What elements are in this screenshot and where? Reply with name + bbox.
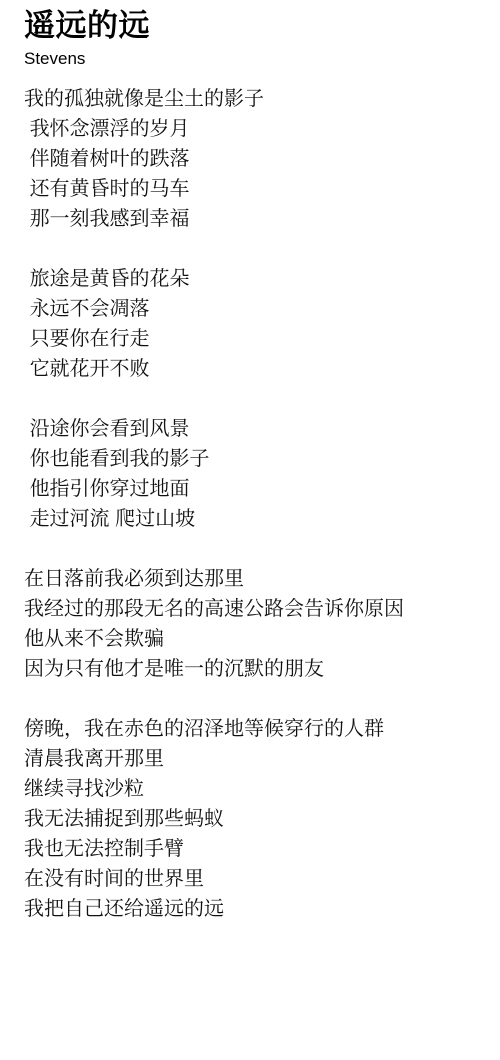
lyric-line: 因为只有他才是唯一的沉默的朋友	[24, 654, 480, 684]
lyric-line: 伴随着树叶的跌落	[24, 144, 480, 174]
lyric-line: 还有黄昏时的马车	[24, 174, 480, 204]
lyric-line: 继续寻找沙粒	[24, 774, 480, 804]
artist-name: Stevens	[24, 48, 480, 70]
lyric-line: 他指引你穿过地面	[24, 474, 480, 504]
stanza-4: 在日落前我必须到达那里 我经过的那段无名的高速公路会告诉你原因 他从来不会欺骗 …	[24, 564, 480, 684]
lyric-line: 永远不会凋落	[24, 294, 480, 324]
stanza-3: 沿途你会看到风景 你也能看到我的影子 他指引你穿过地面 走过河流 爬过山坡	[24, 414, 480, 534]
lyric-line: 走过河流 爬过山坡	[24, 504, 480, 534]
lyric-line: 在日落前我必须到达那里	[24, 564, 480, 594]
lyrics-body: 我的孤独就像是尘土的影子 我怀念漂浮的岁月 伴随着树叶的跌落 还有黄昏时的马车 …	[24, 84, 480, 924]
stanza-1: 我的孤独就像是尘土的影子 我怀念漂浮的岁月 伴随着树叶的跌落 还有黄昏时的马车 …	[24, 84, 480, 234]
lyric-line: 那一刻我感到幸福	[24, 204, 480, 234]
lyric-line: 他从来不会欺骗	[24, 624, 480, 654]
lyric-line: 沿途你会看到风景	[24, 414, 480, 444]
lyric-line: 我把自己还给遥远的远	[24, 894, 480, 924]
lyric-line: 我经过的那段无名的高速公路会告诉你原因	[24, 594, 480, 624]
lyrics-page: 遥远的远 Stevens 我的孤独就像是尘土的影子 我怀念漂浮的岁月 伴随着树叶…	[0, 0, 500, 1060]
stanza-5: 傍晚，我在赤色的沼泽地等候穿行的人群 清晨我离开那里 继续寻找沙粒 我无法捕捉到…	[24, 714, 480, 924]
stanza-2: 旅途是黄昏的花朵 永远不会凋落 只要你在行走 它就花开不败	[24, 264, 480, 384]
lyric-line: 你也能看到我的影子	[24, 444, 480, 474]
lyric-line: 清晨我离开那里	[24, 744, 480, 774]
lyric-line: 旅途是黄昏的花朵	[24, 264, 480, 294]
song-title: 遥远的远	[24, 6, 480, 46]
lyric-line: 我的孤独就像是尘土的影子	[24, 84, 480, 114]
lyric-line: 只要你在行走	[24, 324, 480, 354]
lyric-line: 我怀念漂浮的岁月	[24, 114, 480, 144]
lyric-line: 傍晚，我在赤色的沼泽地等候穿行的人群	[24, 714, 480, 744]
lyric-line: 我也无法控制手臂	[24, 834, 480, 864]
lyric-line: 在没有时间的世界里	[24, 864, 480, 894]
lyric-line: 我无法捕捉到那些蚂蚁	[24, 804, 480, 834]
lyric-line: 它就花开不败	[24, 354, 480, 384]
